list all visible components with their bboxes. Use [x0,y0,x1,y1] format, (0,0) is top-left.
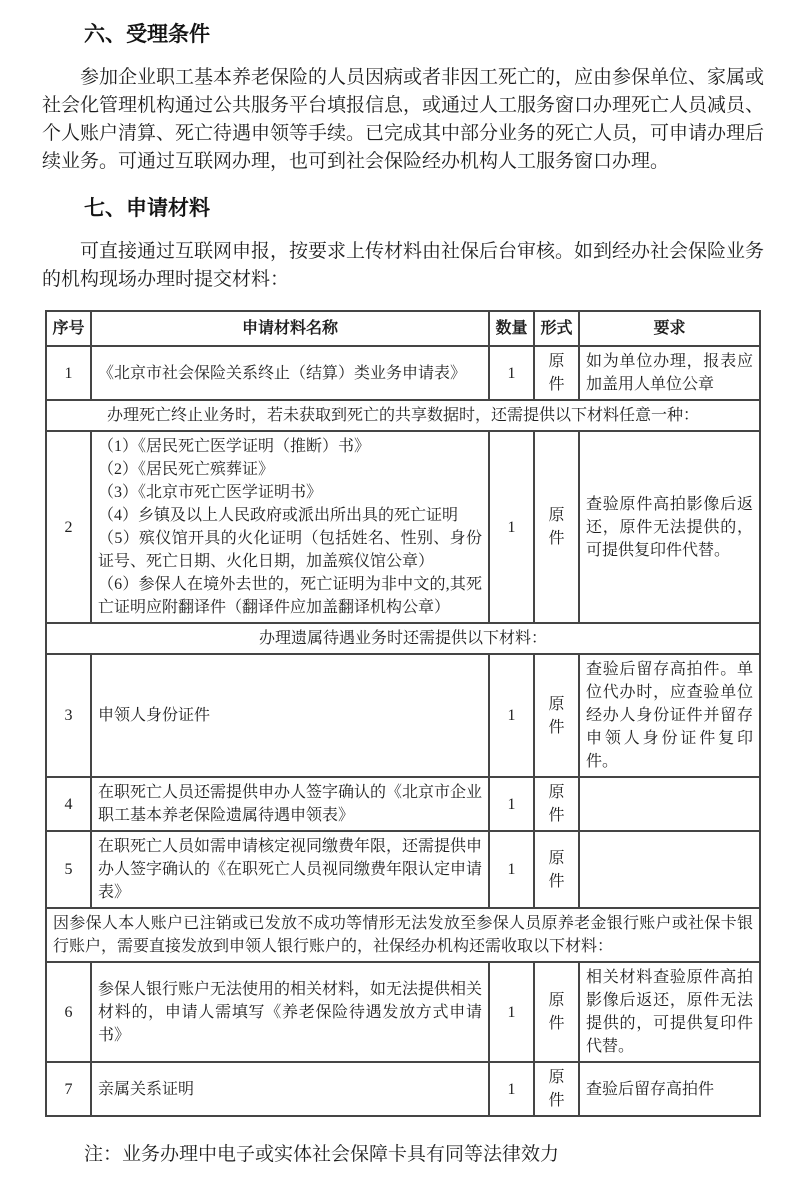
table-span-row: 办理遗属待遇业务时还需提供以下材料： [46,623,760,654]
cell-form: 原件 [534,654,579,777]
table-span-row: 办理死亡终止业务时，若未获取到死亡的共享数据时，还需提供以下材料任意一种： [46,400,760,431]
cell-name: 参保人银行账户无法使用的相关材料，如无法提供相关材料的，申请人需填写《养老保险待… [91,962,489,1062]
section-6-heading: 六、受理条件 [84,18,764,48]
cell-qty: 1 [489,962,534,1062]
materials-table: 序号 申请材料名称 数量 形式 要求 1《北京市社会保险关系终止（结算）类业务申… [45,310,761,1117]
section-7-heading: 七、申请材料 [84,192,764,222]
table-row: 3申领人身份证件1原件查验后留存高拍件。单位代办时，应查验单位经办人身份证件并留… [46,654,760,777]
table-row: 1《北京市社会保险关系终止（结算）类业务申请表》1原件如为单位办理，报表应加盖用… [46,346,760,400]
cell-req: 相关材料查验原件高拍影像后返还，原件无法提供的，可提供复印件代替。 [579,962,760,1062]
cell-no: 3 [46,654,91,777]
cell-req: 查验原件高拍影像后返还，原件无法提供的，可提供复印件代替。 [579,431,760,623]
table-row: 7亲属关系证明1原件查验后留存高拍件 [46,1062,760,1116]
cell-req [579,831,760,908]
cell-qty: 1 [489,1062,534,1116]
cell-qty: 1 [489,777,534,831]
table-row: 4在职死亡人员还需提供申办人签字确认的《北京市企业职工基本养老保险遗属待遇申领表… [46,777,760,831]
header-no: 序号 [46,311,91,346]
span-row-text: 办理遗属待遇业务时还需提供以下材料： [46,623,760,654]
cell-no: 7 [46,1062,91,1116]
cell-form: 原件 [534,1062,579,1116]
cell-no: 1 [46,346,91,400]
cell-qty: 1 [489,346,534,400]
header-name: 申请材料名称 [91,311,489,346]
table-row: 2（1）《居民死亡医学证明（推断）书》 （2）《居民死亡殡葬证》 （3）《北京市… [46,431,760,623]
cell-form: 原件 [534,431,579,623]
cell-name: 在职死亡人员还需提供申办人签字确认的《北京市企业职工基本养老保险遗属待遇申领表》 [91,777,489,831]
cell-no: 2 [46,431,91,623]
footnote: 注：业务办理中电子或实体社会保障卡具有同等法律效力 [84,1141,764,1169]
cell-no: 5 [46,831,91,908]
cell-qty: 1 [489,831,534,908]
cell-name: 申领人身份证件 [91,654,489,777]
cell-form: 原件 [534,777,579,831]
cell-req: 如为单位办理，报表应加盖用人单位公章 [579,346,760,400]
cell-form: 原件 [534,346,579,400]
cell-form: 原件 [534,831,579,908]
table-span-row: 因参保人本人账户已注销或已发放不成功等情形无法发放至参保人员原养老金银行账户或社… [46,908,760,962]
header-form: 形式 [534,311,579,346]
document-page: 六、受理条件 参加企业职工基本养老保险的人员因病或者非因工死亡的，应由参保单位、… [0,0,806,1189]
cell-qty: 1 [489,431,534,623]
cell-form: 原件 [534,962,579,1062]
materials-table-body: 1《北京市社会保险关系终止（结算）类业务申请表》1原件如为单位办理，报表应加盖用… [46,346,760,1116]
cell-qty: 1 [489,654,534,777]
section-6-paragraph: 参加企业职工基本养老保险的人员因病或者非因工死亡的，应由参保单位、家属或社会化管… [42,64,764,176]
cell-req: 查验后留存高拍件 [579,1062,760,1116]
table-row: 5在职死亡人员如需申请核定视同缴费年限，还需提供申办人签字确认的《在职死亡人员视… [46,831,760,908]
span-row-text: 因参保人本人账户已注销或已发放不成功等情形无法发放至参保人员原养老金银行账户或社… [46,908,760,962]
table-row: 6参保人银行账户无法使用的相关材料，如无法提供相关材料的，申请人需填写《养老保险… [46,962,760,1062]
cell-req [579,777,760,831]
cell-req: 查验后留存高拍件。单位代办时，应查验单位经办人身份证件并留存申领人身份证件复印件… [579,654,760,777]
span-row-text: 办理死亡终止业务时，若未获取到死亡的共享数据时，还需提供以下材料任意一种： [46,400,760,431]
header-qty: 数量 [489,311,534,346]
cell-name: （1）《居民死亡医学证明（推断）书》 （2）《居民死亡殡葬证》 （3）《北京市死… [91,431,489,623]
cell-no: 6 [46,962,91,1062]
cell-name: 亲属关系证明 [91,1062,489,1116]
table-header-row: 序号 申请材料名称 数量 形式 要求 [46,311,760,346]
cell-name: 《北京市社会保险关系终止（结算）类业务申请表》 [91,346,489,400]
cell-no: 4 [46,777,91,831]
header-req: 要求 [579,311,760,346]
section-7-paragraph: 可直接通过互联网申报，按要求上传材料由社保后台审核。如到经办社会保险业务的机构现… [42,238,764,294]
cell-name: 在职死亡人员如需申请核定视同缴费年限，还需提供申办人签字确认的《在职死亡人员视同… [91,831,489,908]
